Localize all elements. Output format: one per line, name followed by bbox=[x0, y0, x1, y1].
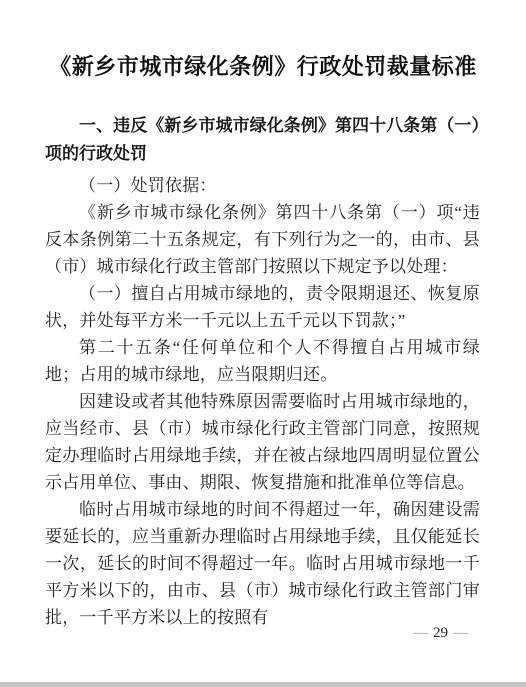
footer-page-number: 29 bbox=[428, 625, 453, 641]
page-title: 《新乡市城市绿化条例》行政处罚裁量标准 bbox=[40, 50, 486, 84]
page-footer: —29— bbox=[413, 624, 468, 642]
footer-dash-left: — bbox=[413, 625, 428, 641]
document-page: 《新乡市城市绿化条例》行政处罚裁量标准 一、违反《新乡市城市绿化条例》第四十八条… bbox=[0, 0, 526, 687]
paragraph-penalty-basis-label: （一）处罚依据： bbox=[45, 172, 480, 199]
paragraph-temporary-occupation-rules: 因建设或者其他特殊原因需要临时占用城市绿地的，应当经市、县（市）城市绿化行政主管… bbox=[45, 388, 480, 496]
paragraph-article-25-quote: 第二十五条“任何单位和个人不得擅自占用城市绿地；占用的城市绿地，应当限期归还。 bbox=[45, 334, 480, 388]
section-heading: 一、违反《新乡市城市绿化条例》第四十八条第（一）项的行政处罚 bbox=[45, 112, 480, 168]
footer-dash-right: — bbox=[453, 625, 468, 641]
scan-edge-strip bbox=[0, 682, 526, 687]
paragraph-item-one-penalty: （一）擅自占用城市绿地的，责令限期退还、恢复原状，并处每平方米一千元以上五千元以… bbox=[45, 280, 480, 334]
paragraph-article-48-quote: 《新乡市城市绿化条例》第四十八条第（一）项“违反本条例第二十五条规定，有下列行为… bbox=[45, 199, 480, 280]
paragraph-occupation-time-limit: 临时占用城市绿地的时间不得超过一年，确因建设需要延长的，应当重新办理临时占用绿地… bbox=[45, 496, 480, 631]
